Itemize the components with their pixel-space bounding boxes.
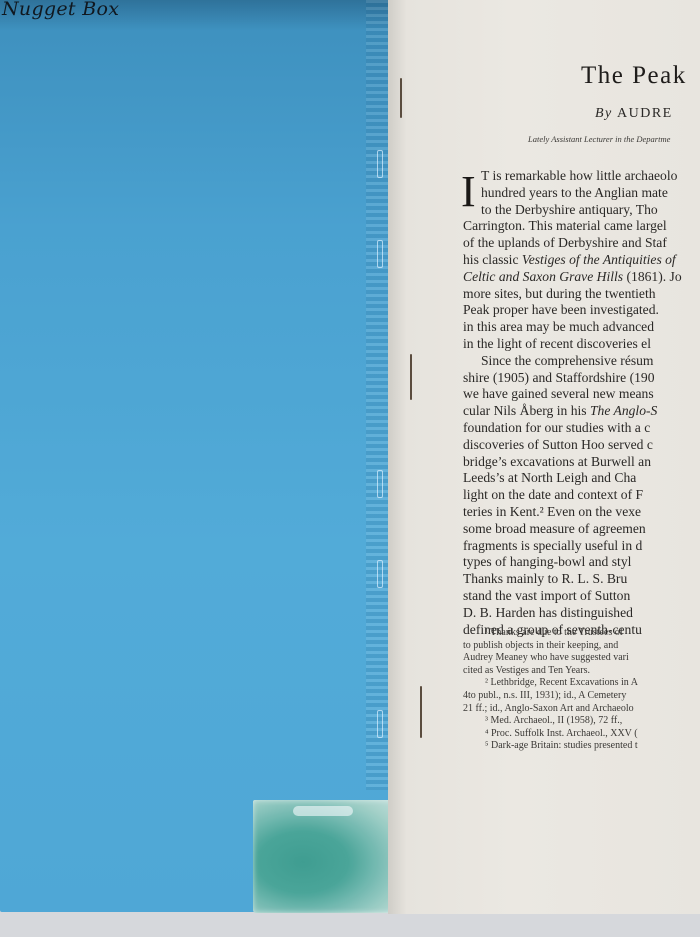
- watermark: Nugget Box: [2, 0, 119, 20]
- body-line: stand the vast import of Sutton: [463, 588, 700, 605]
- staple: [420, 686, 422, 738]
- byline-prefix: By: [595, 106, 613, 121]
- body-line: to the Derbyshire antiquary, Tho: [463, 202, 700, 219]
- footnote-line: Audrey Meaney who have suggested vari: [463, 652, 700, 665]
- footnote-line: cited as Vestiges and Ten Years.: [463, 665, 700, 678]
- body-line: in the light of recent discoveries el: [463, 336, 700, 353]
- body-line: shire (1905) and Staffordshire (190: [463, 370, 700, 387]
- spine-stitch: [377, 150, 383, 178]
- footnote-line: to publish objects in their keeping, and: [463, 640, 700, 653]
- body-line: Carrington. This material came largel: [463, 218, 700, 235]
- body-line: Leeds’s at North Leigh and Cha: [463, 470, 700, 487]
- body-line: Thanks mainly to R. L. S. Bru: [463, 571, 700, 588]
- author-name: AUDRE: [617, 106, 673, 121]
- footnote-line: ² Lethbridge, Recent Excavations in A: [463, 677, 700, 690]
- body-line: Celtic and Saxon Grave Hills (1861). Jo: [463, 269, 700, 286]
- body-line: bridge’s excavations at Burwell an: [463, 454, 700, 471]
- footnote-line: 4to publ., n.s. III, 1931); id., A Cemet…: [463, 690, 700, 703]
- blue-cover: [0, 0, 388, 912]
- drop-cap: I: [461, 170, 476, 214]
- body-line: types of hanging-bowl and styl: [463, 554, 700, 571]
- body-line: foundation for our studies with a c: [463, 420, 700, 437]
- body-line: hundred years to the Anglian mate: [463, 185, 700, 202]
- footnote-line: ⁴ Proc. Suffolk Inst. Archaeol., XXV (: [463, 728, 700, 741]
- cover-spine-edge: [366, 0, 390, 790]
- staple: [400, 78, 402, 118]
- spine-stitch: [377, 560, 383, 588]
- body-line: fragments is specially useful in d: [463, 538, 700, 555]
- printed-page: The Peak By AUDRE Lately Assistant Lectu…: [388, 0, 700, 914]
- footnote-line: ³ Med. Archaeol., II (1958), 72 ff.,: [463, 715, 700, 728]
- staple: [410, 354, 412, 400]
- footnote-line: ⁵ Dark-age Britain: studies presented t: [463, 740, 700, 753]
- author-affiliation: Lately Assistant Lecturer in the Departm…: [528, 134, 670, 144]
- body-line: of the uplands of Derbyshire and Staf: [463, 235, 700, 252]
- body-line: his classic Vestiges of the Antiquities …: [463, 252, 700, 269]
- body-line: teries in Kent.² Even on the vexe: [463, 504, 700, 521]
- body-line: more sites, but during the twentieth: [463, 286, 700, 303]
- body-line: Peak proper have been investigated.: [463, 302, 700, 319]
- body-line: we have gained several new means: [463, 386, 700, 403]
- body-line: light on the date and context of F: [463, 487, 700, 504]
- byline: By AUDRE: [595, 106, 673, 122]
- body-line: D. B. Harden has distinguished: [463, 605, 700, 622]
- footnote-line: ¹ Thanks are due to the Trustees of: [463, 627, 700, 640]
- body-text: I T is remarkable how little archaeolohu…: [463, 168, 700, 638]
- spine-stitch: [377, 710, 383, 738]
- body-line: Since the comprehensive résum: [463, 353, 700, 370]
- footnote-line: 21 ff.; id., Anglo-Saxon Art and Archaeo…: [463, 703, 700, 716]
- body-line: in this area may be much advanced: [463, 319, 700, 336]
- body-line: some broad measure of agreemen: [463, 521, 700, 538]
- body-line: discoveries of Sutton Hoo served c: [463, 437, 700, 454]
- article-title: The Peak: [581, 62, 687, 90]
- spine-stitch: [377, 240, 383, 268]
- spine-stitch: [377, 470, 383, 498]
- footnotes: ¹ Thanks are due to the Trustees ofto pu…: [463, 627, 700, 753]
- body-line: cular Nils Åberg in his The Anglo-S: [463, 403, 700, 420]
- tape-highlight: [293, 806, 353, 816]
- body-line: T is remarkable how little archaeolo: [463, 168, 700, 185]
- repair-tape: [253, 800, 395, 913]
